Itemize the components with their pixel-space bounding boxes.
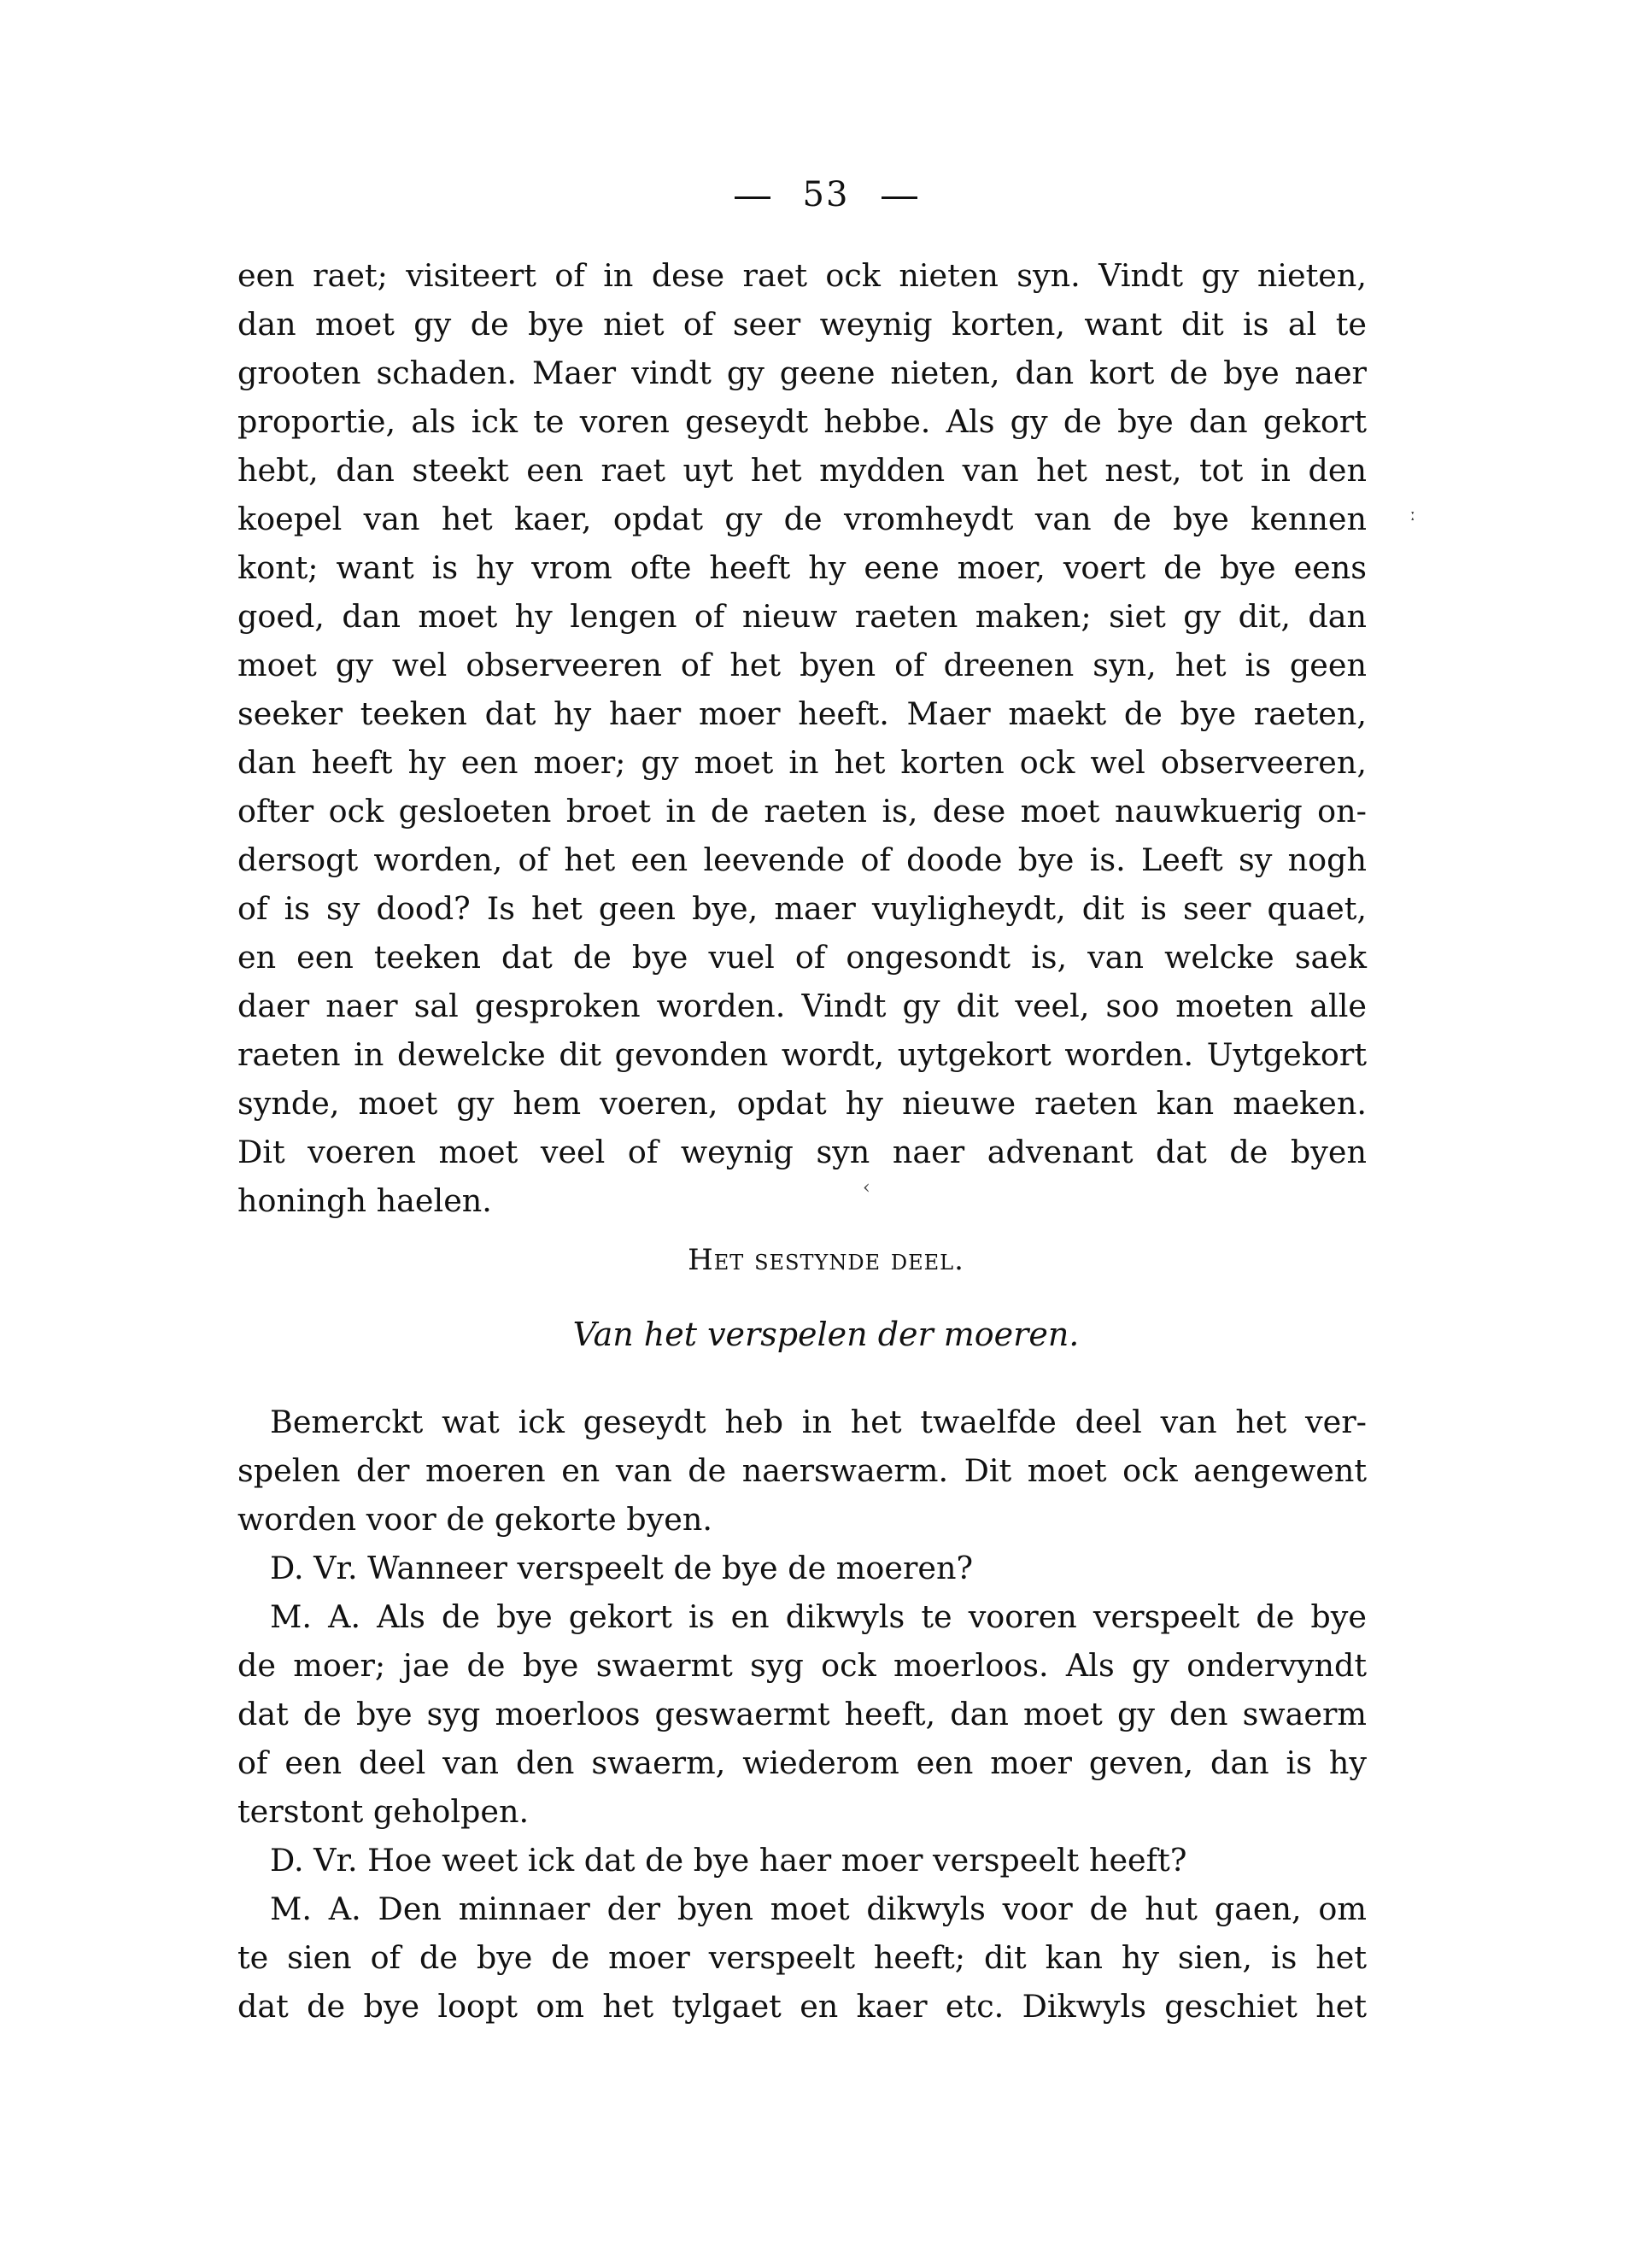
page-number-value: 53 [803, 175, 850, 214]
text-line: dat de bye syg moerloos geswaermt heeft,… [237, 1690, 1367, 1738]
text-line: kont; want is hy vrom ofte heeft hy eene… [237, 543, 1367, 592]
text-line: raeten in dewelcke dit gevonden wordt, u… [237, 1030, 1367, 1079]
text-line: synde, moet gy hem voeren, opdat hy nieu… [237, 1079, 1367, 1128]
text-line: dan heeft hy een moer; gy moet in het ko… [237, 738, 1367, 787]
text-line: Bemerckt wat ick geseydt heb in het twae… [237, 1398, 1367, 1446]
text-line: proportie, als ick te voren geseydt hebb… [237, 397, 1367, 446]
text-line: grooten schaden. Maer vindt gy geene nie… [237, 349, 1367, 397]
book-page: 53 een raet; visiteert of in dese raet o… [0, 0, 1652, 2251]
text-line: of is sy dood? Is het geen bye, maer vuy… [237, 884, 1367, 933]
text-line: of een deel van den swaerm, wiederom een… [237, 1738, 1367, 1787]
question-line: D. Vr. Hoe weet ick dat de bye haer moer… [237, 1836, 1367, 1885]
text-line: hebt, dan steekt een raet uyt het mydden… [237, 446, 1367, 495]
text-line: dat de bye loopt om het tylgaet en kaer … [237, 1982, 1367, 2031]
text-line: en een teeken dat de bye vuel of ongeson… [237, 933, 1367, 982]
text-line: een raet; visiteert of in dese raet ock … [237, 251, 1367, 300]
page-number: 53 [0, 175, 1652, 214]
question-line: D. Vr. Wanneer verspeelt de bye de moere… [237, 1544, 1367, 1592]
text-line: daer naer sal gesproken worden. Vindt gy… [237, 982, 1367, 1030]
text-line: honingh haelen. [237, 1176, 1367, 1225]
answer-line: M. A. Den minnaer der byen moet dikwyls … [237, 1885, 1367, 1933]
text-line: te sien of de bye de moer verspeelt heef… [237, 1933, 1367, 1982]
stray-mark: ‹ [863, 1177, 870, 1199]
chapter-subheading: Van het verspelen der moeren. [0, 1316, 1652, 1353]
text-line: worden voor de gekorte byen. [237, 1495, 1367, 1544]
text-line: Dit voeren moet veel of weynig syn naer … [237, 1128, 1367, 1176]
answer-line: M. A. Als de bye gekort is en dikwyls te… [237, 1592, 1367, 1641]
text-line: koepel van het kaer, opdat gy de vromhey… [237, 495, 1367, 543]
text-line: de moer; jae de bye swaermt syg ock moer… [237, 1641, 1367, 1690]
text-line: terstont geholpen. [237, 1787, 1367, 1836]
text-line: seeker teeken dat hy haer moer heeft. Ma… [237, 689, 1367, 738]
right-dash [882, 196, 917, 199]
text-line: spelen der moeren en van de naerswaerm. … [237, 1446, 1367, 1495]
text-line: dan moet gy de bye niet of seer weynig k… [237, 300, 1367, 349]
section-2-text: Bemerckt wat ick geseydt heb in het twae… [237, 1398, 1367, 2031]
text-line: goed, dan moet hy lengen of nieuw raeten… [237, 592, 1367, 641]
text-line: moet gy wel observeeren of het byen of d… [237, 641, 1367, 689]
text-line: ofter ock gesloeten broet in de raeten i… [237, 787, 1367, 835]
margin-mark: ː [1409, 504, 1415, 525]
section-1-text: een raet; visiteert of in dese raet ock … [237, 251, 1367, 1225]
text-line: dersogt worden, of het een leevende of d… [237, 835, 1367, 884]
left-dash [735, 196, 770, 199]
chapter-heading: Het sestynde deel. [0, 1243, 1652, 1277]
